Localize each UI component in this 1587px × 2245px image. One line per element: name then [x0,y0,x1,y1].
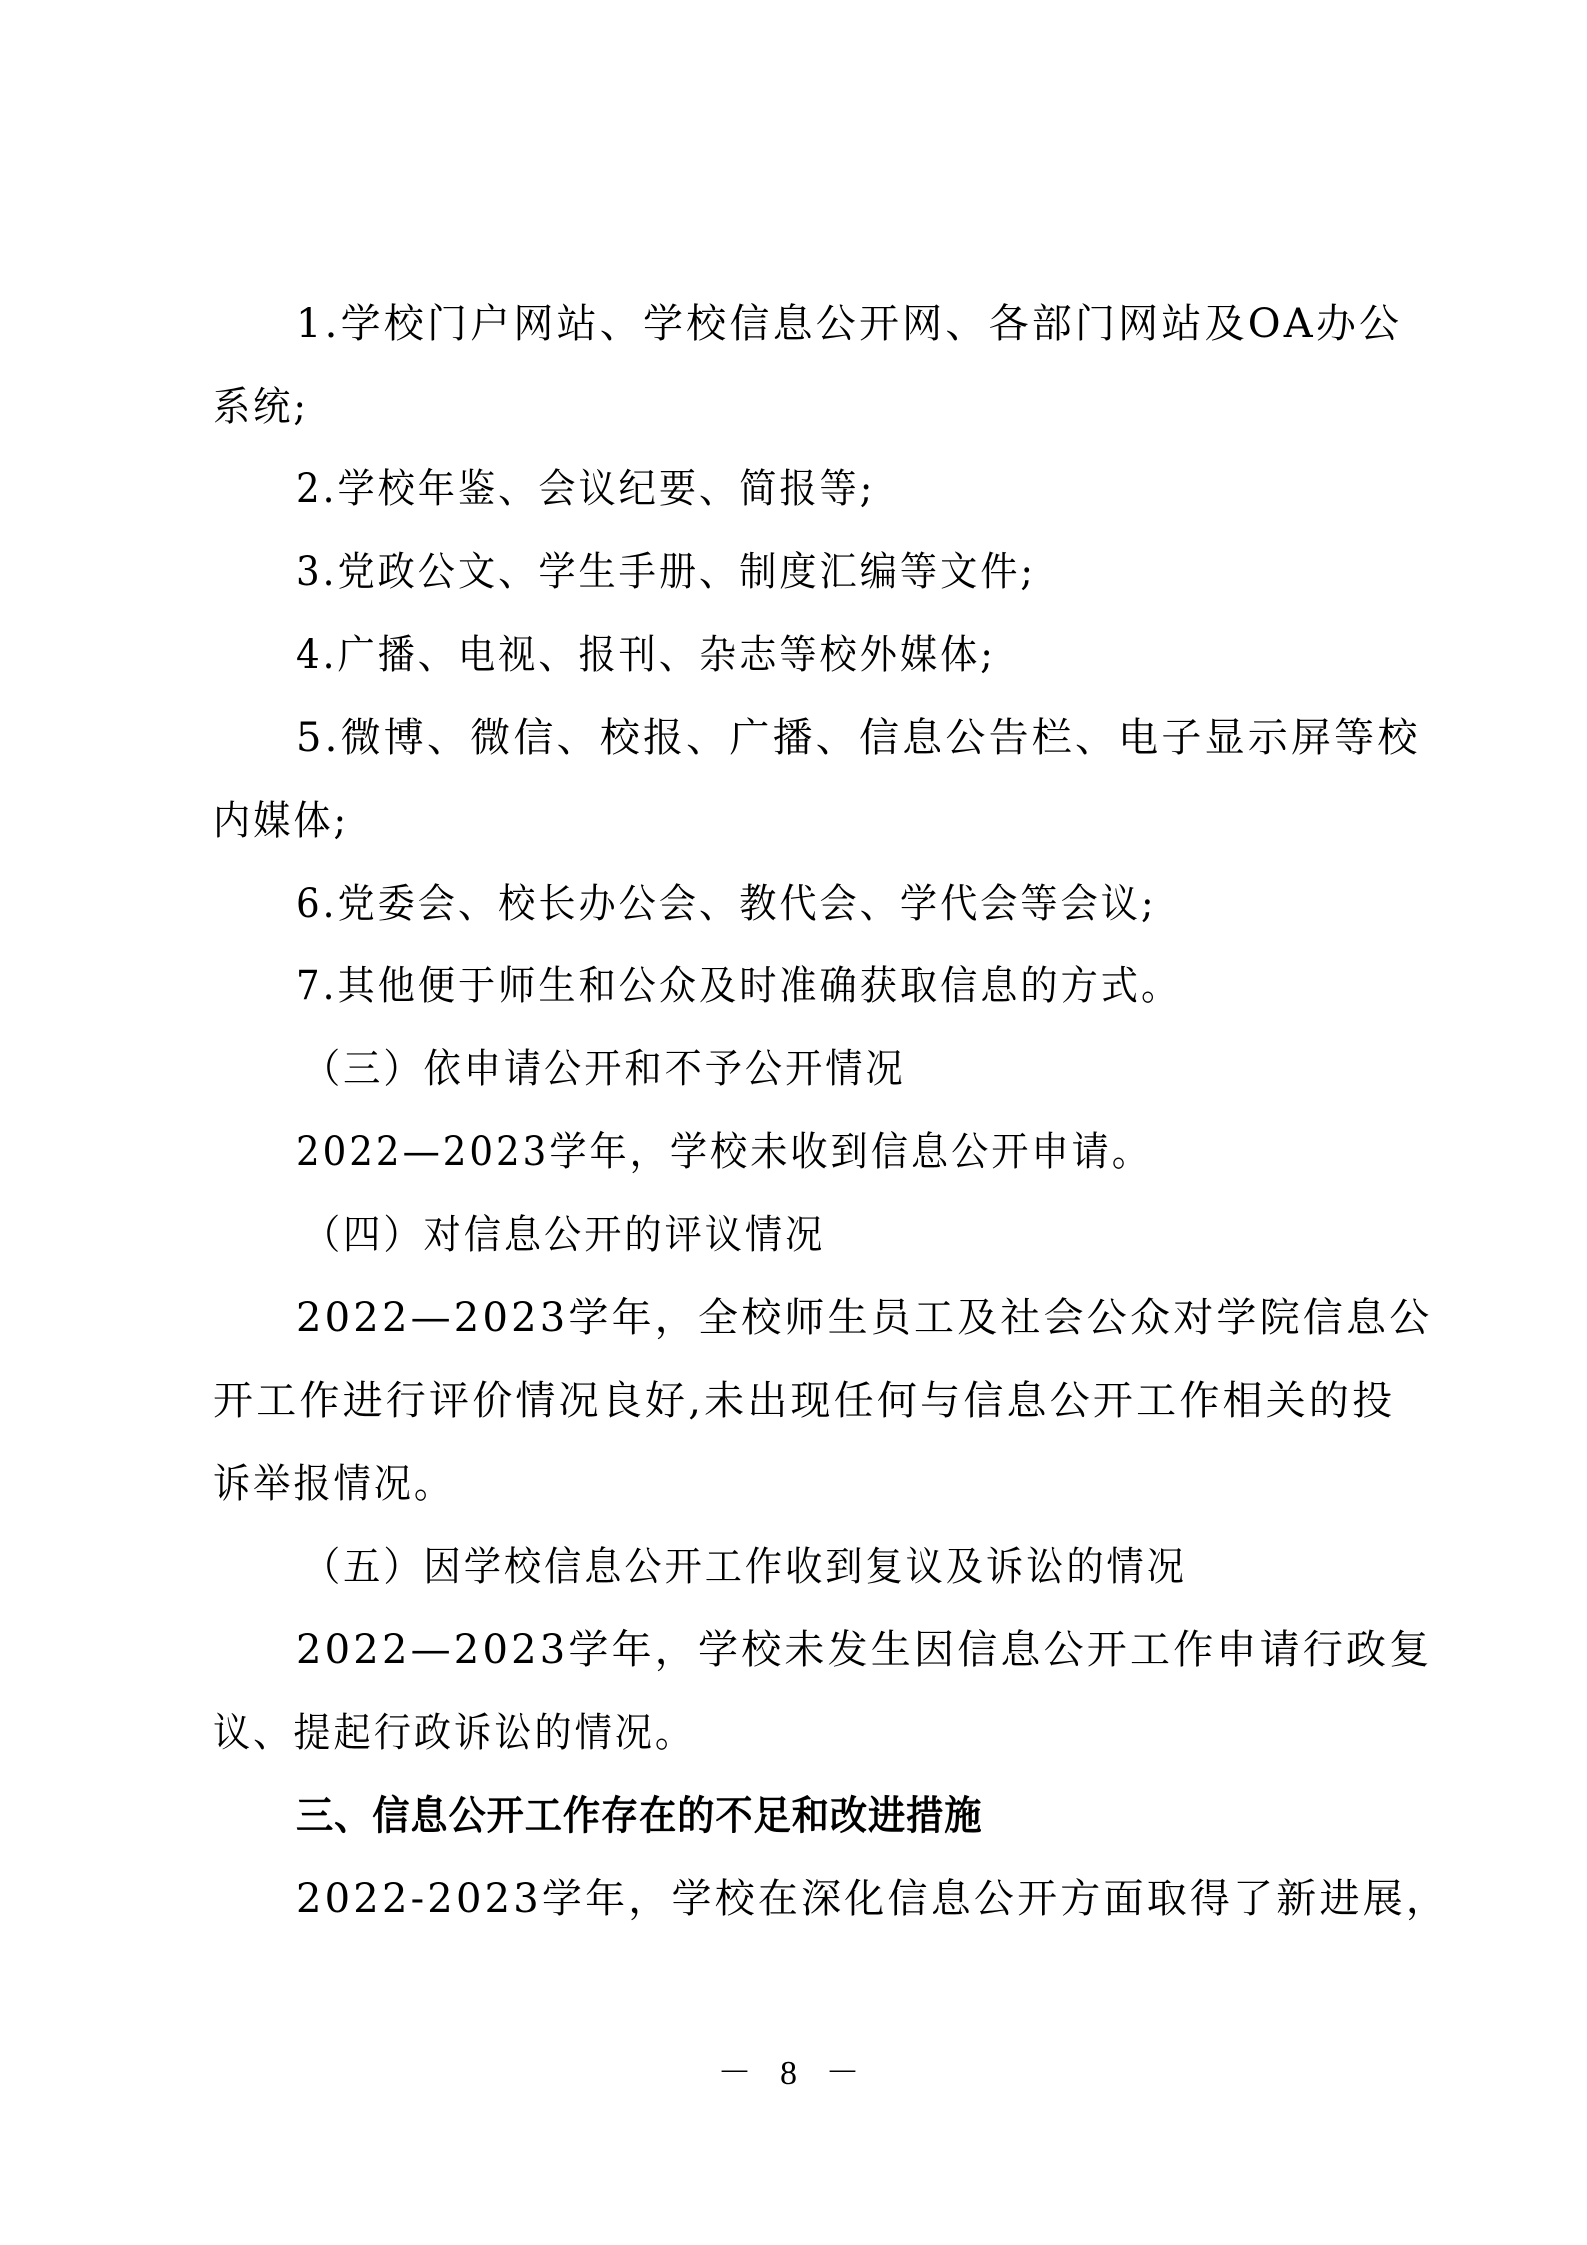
list-item-1-line-2: 系统; [213,383,309,431]
section-3-paragraph: 2022—2023学年，学校未收到信息公开申请。 [296,1128,1152,1176]
list-item-2: 2.学校年鉴、会议纪要、简报等; [296,465,875,513]
section-heading-3: （三）依申请公开和不予公开情况 [303,1045,906,1093]
section-heading-5: （五）因学校信息公开工作收到复议及诉讼的情况 [303,1543,1187,1591]
list-item-5-line-1: 5.微博、微信、校报、广播、信息公告栏、电子显示屏等校 [296,714,1393,762]
list-item-4: 4.广播、电视、报刊、杂志等校外媒体; [296,631,996,679]
list-item-3: 3.党政公文、学生手册、制度汇编等文件; [296,548,1036,596]
section-4-paragraph-line-3: 诉举报情况。 [213,1460,454,1508]
section-4-paragraph-line-2: 开工作进行评价情况良好,未出现任何与信息公开工作相关的投 [213,1377,1393,1425]
section-5-paragraph-line-1: 2022—2023学年，学校未发生因信息公开工作申请行政复 [296,1626,1393,1674]
section-5-paragraph-line-2: 议、提起行政诉讼的情况。 [213,1709,695,1757]
section-heading-4: （四）对信息公开的评议情况 [303,1211,825,1259]
part-3-paragraph-line-1: 2022-2023学年，学校在深化信息公开方面取得了新进展， [296,1875,1393,1923]
list-item-6: 6.党委会、校长办公会、教代会、学代会等会议; [296,880,1156,928]
section-4-paragraph-line-1: 2022—2023学年，全校师生员工及社会公众对学院信息公 [296,1294,1393,1342]
list-item-7: 7.其他便于师生和公众及时准确获取信息的方式。 [296,962,1181,1010]
part-3-title: 三、信息公开工作存在的不足和改进措施 [296,1792,982,1840]
list-item-5-line-2: 内媒体; [213,797,349,845]
list-item-1-line-1: 1.学校门户网站、学校信息公开网、各部门网站及OA办公 [296,300,1393,348]
page-number: － 8 － [0,2045,1587,2094]
